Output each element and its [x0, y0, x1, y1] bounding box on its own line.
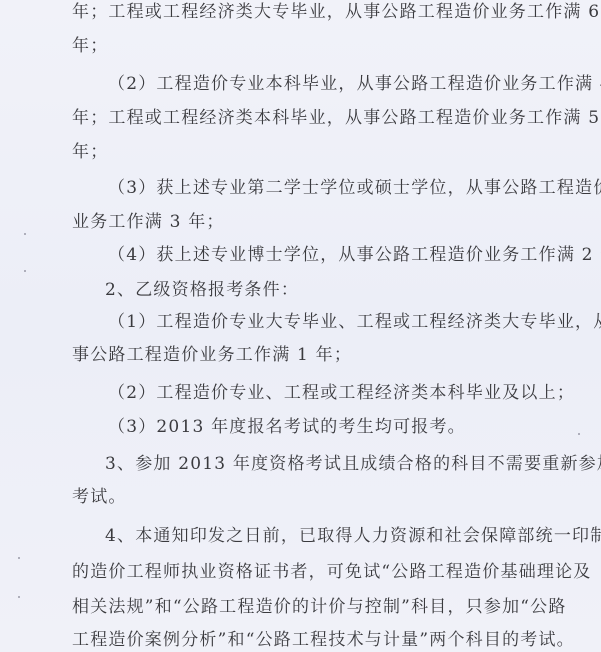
text-line-4: 年；工程或工程经济类本科毕业，从事公路工程造价业务工作满 5 — [72, 107, 601, 129]
scanned-document-page: 年；工程或工程经济类大专毕业，从事公路工程造价业务工作满 6 年； （2）工程造… — [0, 0, 601, 652]
scan-speck — [24, 270, 26, 272]
text-line-9: 2、乙级资格报考条件： — [105, 279, 601, 301]
text-line-7: 业务工作满 3 年； — [72, 211, 601, 233]
text-line-6: （3）获上述专业第二学士学位或硕士学位，从事公路工程造价 — [108, 177, 601, 199]
scan-speck — [578, 433, 580, 435]
text-line-14: 3、参加 2013 年度资格考试且成绩合格的科目不需要重新参加 — [105, 453, 601, 475]
text-line-15: 考试。 — [72, 486, 601, 508]
text-line-5: 年； — [72, 141, 601, 163]
text-line-3: （2）工程造价专业本科毕业，从事公路工程造价业务工作满 4 — [108, 73, 601, 95]
text-line-19: 工程造价案例分析”和“公路工程技术与计量”两个科目的考试。 — [72, 629, 601, 651]
scan-speck — [24, 233, 26, 235]
text-line-18: 相关法规”和“公路工程造价的计价与控制”科目，只参加“公路 — [72, 596, 601, 618]
text-line-17: 的造价工程师执业资格证书者，可免试“公路工程造价基础理论及 — [72, 561, 601, 583]
text-line-1: 年；工程或工程经济类大专毕业，从事公路工程造价业务工作满 6 — [72, 1, 601, 23]
scan-speck — [18, 557, 20, 559]
text-line-10: （1）工程造价专业大专毕业、工程或工程经济类大专毕业，从 — [108, 311, 601, 333]
text-line-8: （4）获上述专业博士学位，从事公路工程造价业务工作满 2 年。 — [108, 244, 601, 266]
text-line-12: （2）工程造价专业、工程或工程经济类本科毕业及以上； — [108, 382, 601, 404]
text-line-2: 年； — [72, 35, 601, 57]
text-line-16: 4、本通知印发之日前，已取得人力资源和社会保障部统一印制 — [105, 525, 601, 547]
text-line-13: （3）2013 年度报名考试的考生均可报考。 — [108, 416, 601, 438]
text-line-11: 事公路工程造价业务工作满 1 年； — [72, 344, 601, 366]
scan-speck — [18, 596, 20, 598]
